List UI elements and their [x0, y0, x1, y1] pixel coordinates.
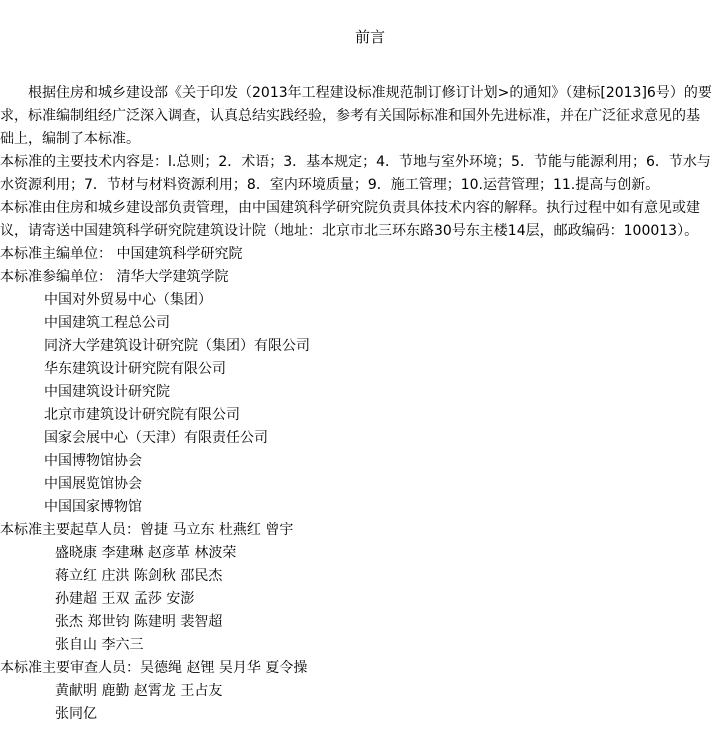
- paragraph: 本标准参编单位： 清华大学建筑学院: [0, 266, 712, 289]
- paragraph: 根据住房和城乡建设部《关于印发（2013年工程建设标准规范制订修订计划>的通知》…: [0, 82, 712, 151]
- unit-item: 中国展览馆协会: [0, 473, 712, 496]
- person-line: 张杰 郑世钧 陈建明 裴智超: [0, 611, 712, 634]
- unit-item: 中国对外贸易中心（集团）: [0, 289, 712, 312]
- person-line: 张同亿: [0, 703, 712, 726]
- unit-item: 北京市建筑设计研究院有限公司: [0, 404, 712, 427]
- unit-item: 国家会展中心（天津）有限责任公司: [0, 427, 712, 450]
- unit-item: 中国国家博物馆: [0, 496, 712, 519]
- person-line: 张自山 李六三: [0, 634, 712, 657]
- paragraph: 本标准主编单位： 中国建筑科学研究院: [0, 243, 712, 266]
- person-line: 孙建超 王双 孟莎 安澎: [0, 588, 712, 611]
- unit-item: 中国建筑工程总公司: [0, 312, 712, 335]
- document-page: 前言 根据住房和城乡建设部《关于印发（2013年工程建设标准规范制订修订计划>的…: [0, 0, 720, 742]
- unit-item: 同济大学建筑设计研究院（集团）有限公司: [0, 335, 712, 358]
- person-line: 蒋立红 庄洪 陈剑秋 邵民杰: [0, 565, 712, 588]
- page-title: 前言: [14, 26, 720, 49]
- document-body: 根据住房和城乡建设部《关于印发（2013年工程建设标准规范制订修订计划>的通知》…: [0, 82, 712, 726]
- unit-item: 华东建筑设计研究院有限公司: [0, 358, 712, 381]
- paragraph: 本标准主要起草人员：曾捷 马立东 杜燕红 曾宇: [0, 519, 712, 542]
- person-line: 盛晓康 李建琳 赵彦革 林波荣: [0, 542, 712, 565]
- unit-item: 中国博物馆协会: [0, 450, 712, 473]
- paragraph: 本标准主要审查人员：吴德绳 赵锂 吴月华 夏令操: [0, 657, 712, 680]
- person-line: 黄献明 鹿勤 赵霄龙 王占友: [0, 680, 712, 703]
- paragraph: 本标准的主要技术内容是：l.总则；2．术语；3．基本规定；4．节地与室外环境；5…: [0, 151, 712, 197]
- unit-item: 中国建筑设计研究院: [0, 381, 712, 404]
- paragraph: 本标准由住房和城乡建设部负责管理，由中国建筑科学研究院负责具体技术内容的解释。执…: [0, 197, 712, 243]
